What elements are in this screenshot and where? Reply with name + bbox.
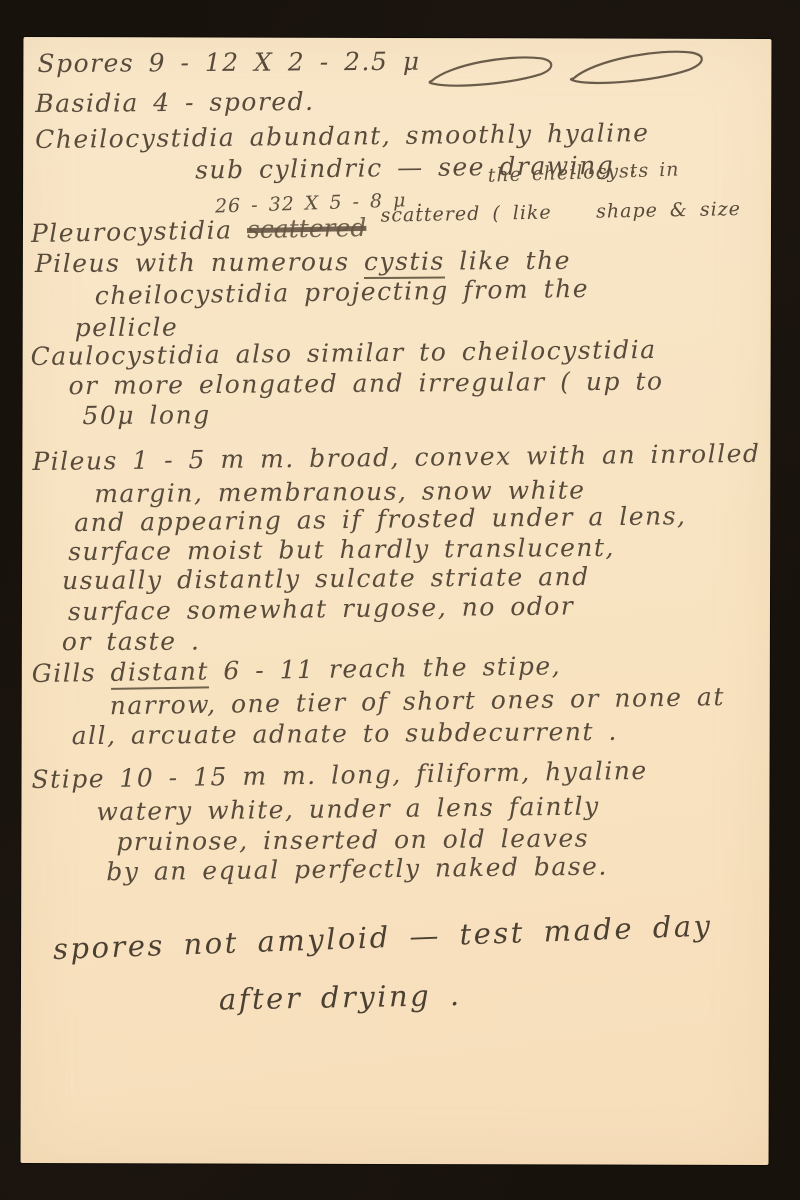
line-pileus-7: or taste . (62, 627, 201, 658)
line-basidia: Basidia 4 - spored. (35, 87, 315, 119)
line-gills-3: all, arcuate adnate to subdecurrent . (72, 717, 618, 751)
line-pleurocystidia: Pleurocystidia scattered scattered ( lik… (31, 206, 742, 249)
line-gills-1: Gills distant 6 - 11 reach the stipe, (32, 651, 562, 689)
line-pileus-6: surface somewhat rugose, no odor (68, 591, 575, 627)
line-amyloid-test-1: spores not amyloid — test made day (52, 909, 713, 967)
line-spore-measurements: Spores 9 - 12 X 2 - 2.5 μ (37, 47, 420, 79)
line-amyloid-test-2: after drying . (219, 978, 462, 1017)
pleurocystidia-label: Pleurocystidia (31, 215, 233, 248)
spore-outline-sketch-icon (423, 42, 714, 97)
pileus-cystis-end: like the (445, 246, 571, 276)
pleurocystidia-struck-word: scattered (247, 213, 367, 244)
line-pileus-cystis-3: pellicle (75, 313, 179, 344)
gills-label: Gills (32, 658, 111, 688)
line-caulocystidia-2: or more elongated and irregular ( up to (68, 366, 663, 401)
pleurocystidia-inserted-word: scattered ( like (380, 201, 552, 226)
pleurocystidia-shape-size: shape & size (596, 198, 741, 223)
gills-underlined-word: distant (110, 656, 209, 689)
line-stipe-1: Stipe 10 - 15 m m. long, filiform, hyali… (31, 756, 648, 795)
line-stipe-4: by an equal perfectly naked base. (106, 852, 608, 888)
pileus-cystis-underlined: cystis (364, 247, 445, 279)
pileus-cystis-start: Pileus with numerous (35, 247, 364, 278)
line-cheilocystidia-1: Cheilocystidia abundant, smoothly hyalin… (35, 118, 650, 155)
line-stipe-2: watery white, under a lens faintly (96, 792, 600, 828)
line-pileus-cystis-2: cheilocystidia projecting from the (95, 274, 590, 311)
line-caulocystidia-3: 50μ long (82, 400, 210, 431)
index-card: Spores 9 - 12 X 2 - 2.5 μ Basidia 4 - sp… (21, 37, 772, 1165)
line-pileus-cystis-1: Pileus with numerous cystis like the (35, 246, 571, 279)
gills-rest: 6 - 11 reach the stipe, (209, 651, 562, 685)
line-pileus-5: usually distantly sulcate striate and (62, 562, 590, 596)
line-pileus-1: Pileus 1 - 5 m m. broad, convex with an … (32, 439, 760, 477)
